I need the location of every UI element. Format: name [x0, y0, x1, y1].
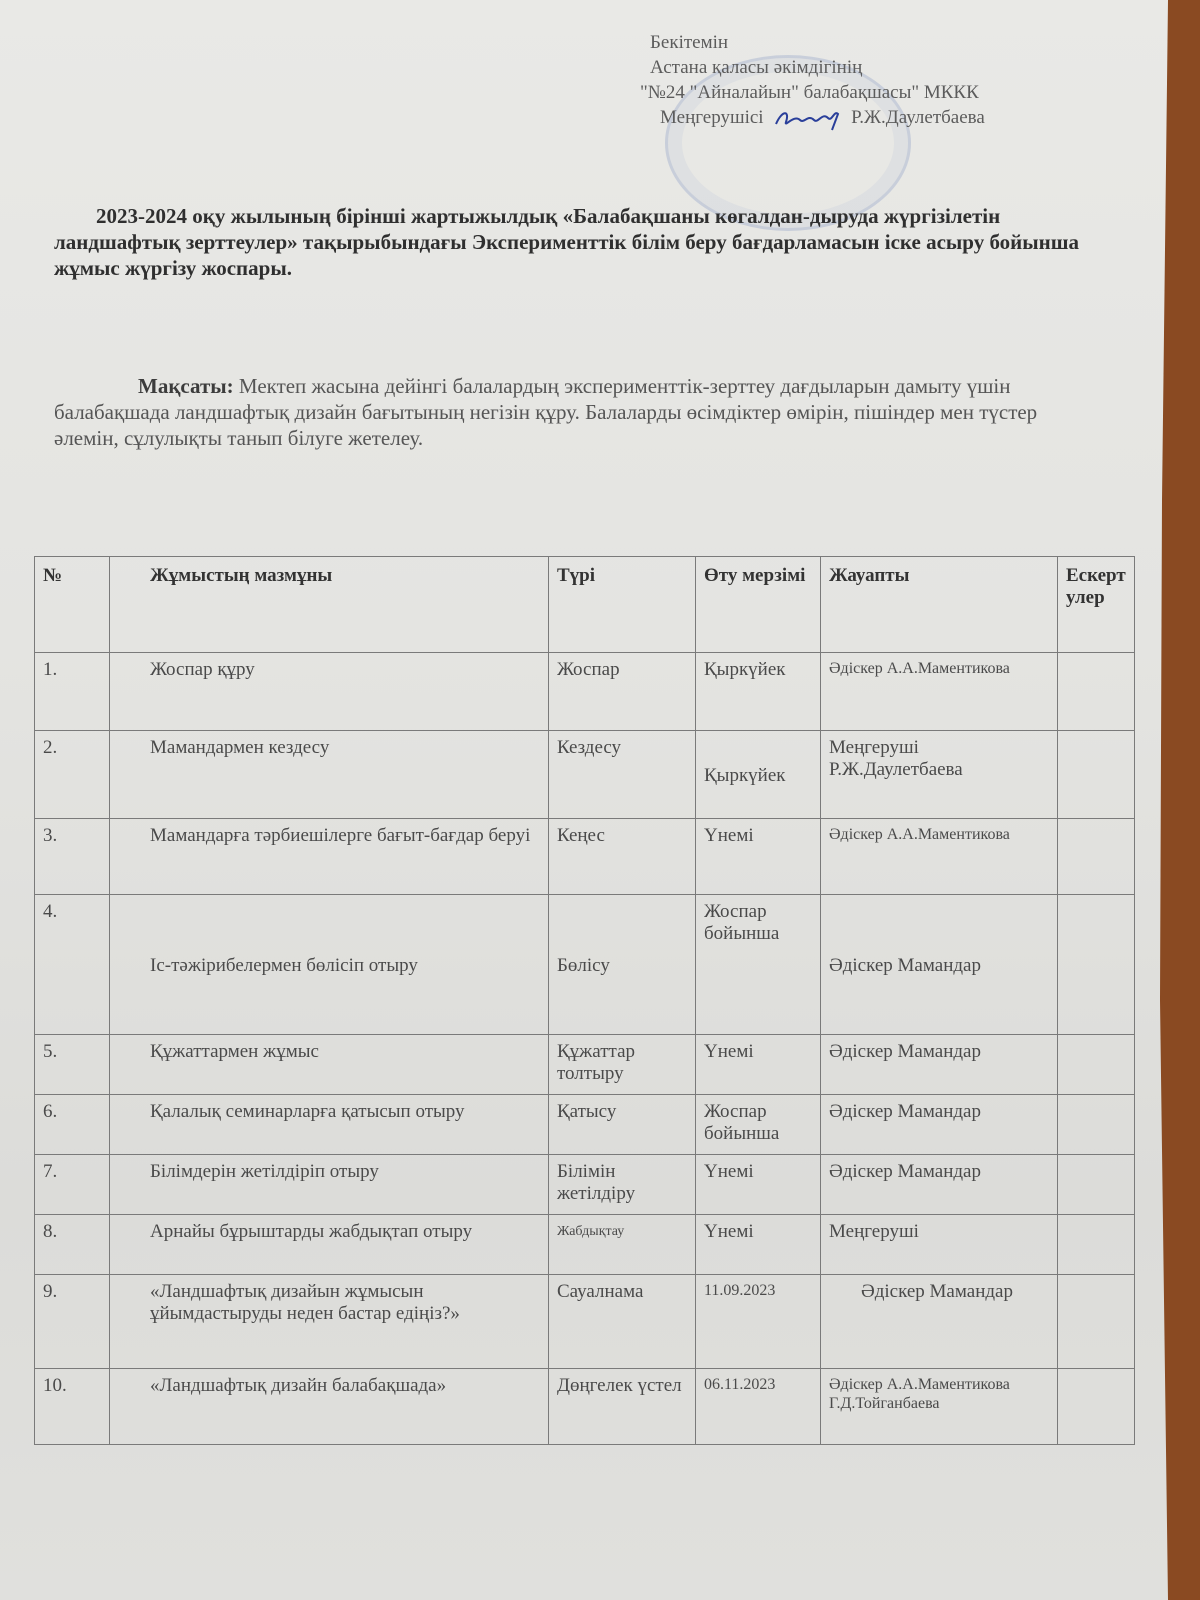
- row-note: [1058, 895, 1135, 1035]
- table-row: 7. Білімдерін жетілдіріп отыру Білімін ж…: [35, 1155, 1135, 1215]
- row-term: Жоспар бойынша: [696, 1095, 821, 1155]
- row-responsible: Әдіскер Мамандар: [821, 1275, 1058, 1369]
- row-term: Үнемі: [696, 1035, 821, 1095]
- row-number: 6.: [35, 1095, 110, 1155]
- approval-position: Меңгерушісі: [660, 107, 764, 128]
- row-number: 3.: [35, 819, 110, 895]
- row-type: Сауалнама: [549, 1275, 696, 1369]
- row-term: Қыркүйек: [696, 731, 821, 819]
- approval-line-3: "№24 "Айналайын" балабақшасы" МККК: [640, 80, 985, 105]
- row-term: Үнемі: [696, 1155, 821, 1215]
- table-row: 1. Жоспар құру Жоспар Қыркүйек Әдіскер А…: [35, 653, 1135, 731]
- row-term: Қыркүйек: [696, 653, 821, 731]
- row-content: Білімдерін жетілдіріп отыру: [110, 1155, 549, 1215]
- header-type: Түрі: [549, 557, 696, 653]
- row-number: 9.: [35, 1275, 110, 1369]
- document-title-text: 2023-2024 оқу жылының бірінші жартыжылды…: [54, 204, 1079, 280]
- row-content: «Ландшафтық дизайн балабақшада»: [110, 1369, 549, 1445]
- row-content: Қалалық семинарларға қатысып отыру: [110, 1095, 549, 1155]
- header-term: Өту мерзімі: [696, 557, 821, 653]
- goal-label: Мақсаты:: [138, 374, 234, 398]
- row-term: 06.11.2023: [696, 1369, 821, 1445]
- header-responsible: Жауапты: [821, 557, 1058, 653]
- row-responsible: Әдіскер Мамандар: [821, 1035, 1058, 1095]
- row-type: Дөңгелек үстел: [549, 1369, 696, 1445]
- row-responsible: Әдіскер Мамандар: [821, 1155, 1058, 1215]
- work-plan-table: № Жұмыстың мазмұны Түрі Өту мерзімі Жауа…: [34, 556, 1135, 1445]
- row-responsible: Әдіскер Мамандар: [821, 1095, 1058, 1155]
- table-row: 9. «Ландшафтық дизайын жұмысын ұйымдасты…: [35, 1275, 1135, 1369]
- header-notes: Ескертулер: [1058, 557, 1135, 653]
- row-note: [1058, 1275, 1135, 1369]
- row-note: [1058, 1035, 1135, 1095]
- row-term: Жоспар бойынша: [696, 895, 821, 1035]
- row-type: Жоспар: [549, 653, 696, 731]
- row-number: 10.: [35, 1369, 110, 1445]
- table-row: 8. Арнайы бұрыштарды жабдықтап отыру Жаб…: [35, 1215, 1135, 1275]
- row-responsible: Әдіскер А.А.Маментикова Г.Д.Тойганбаева: [821, 1369, 1058, 1445]
- row-content: Жоспар құру: [110, 653, 549, 731]
- header-content: Жұмыстың мазмұны: [110, 557, 549, 653]
- table-row: 6. Қалалық семинарларға қатысып отыру Қа…: [35, 1095, 1135, 1155]
- goal-paragraph: Мақсаты: Мектеп жасына дейінгі балаларды…: [54, 373, 1054, 451]
- row-type: Құжаттар толтыру: [549, 1035, 696, 1095]
- table-row: 10. «Ландшафтық дизайн балабақшада» Дөңг…: [35, 1369, 1135, 1445]
- row-note: [1058, 819, 1135, 895]
- approval-line-2: Астана қаласы әкімдігінің: [650, 55, 985, 80]
- row-responsible: Меңгеруші Р.Ж.Даулетбаева: [821, 731, 1058, 819]
- row-type: Бөлісу: [549, 895, 696, 1035]
- row-responsible: Меңгеруші: [821, 1215, 1058, 1275]
- row-content: Мамандармен кездесу: [110, 731, 549, 819]
- row-content: Құжаттармен жұмыс: [110, 1035, 549, 1095]
- row-number: 5.: [35, 1035, 110, 1095]
- table-row: 2. Мамандармен кездесу Кездесу Қыркүйек …: [35, 731, 1135, 819]
- row-number: 4.: [35, 895, 110, 1035]
- row-note: [1058, 1155, 1135, 1215]
- row-type: Білімін жетілдіру: [549, 1155, 696, 1215]
- row-term: Үнемі: [696, 1215, 821, 1275]
- row-number: 7.: [35, 1155, 110, 1215]
- row-content: Арнайы бұрыштарды жабдықтап отыру: [110, 1215, 549, 1275]
- approval-signer-name: Р.Ж.Даулетбаева: [851, 107, 985, 128]
- approval-block: Бекітемін Астана қаласы әкімдігінің "№24…: [650, 30, 985, 132]
- row-note: [1058, 653, 1135, 731]
- row-responsible: Әдіскер А.А.Маментикова: [821, 819, 1058, 895]
- row-note: [1058, 731, 1135, 819]
- row-note: [1058, 1369, 1135, 1445]
- table-header-row: № Жұмыстың мазмұны Түрі Өту мерзімі Жауа…: [35, 557, 1135, 653]
- row-term: Үнемі: [696, 819, 821, 895]
- row-content: «Ландшафтық дизайын жұмысын ұйымдастыруд…: [110, 1275, 549, 1369]
- row-type: Кездесу: [549, 731, 696, 819]
- table-row: 4. Іс-тәжірибелермен бөлісіп отыру Бөліс…: [35, 895, 1135, 1035]
- row-number: 8.: [35, 1215, 110, 1275]
- row-responsible: Әдіскер А.А.Маментикова: [821, 653, 1058, 731]
- row-type: Жабдықтау: [549, 1215, 696, 1275]
- row-type: Кеңес: [549, 819, 696, 895]
- approval-line-1: Бекітемін: [650, 30, 985, 55]
- approval-line-4: Меңгерушісі Р.Ж.Даулетбаева: [660, 105, 985, 132]
- table-row: 3. Мамандарға тәрбиешілерге бағыт-бағдар…: [35, 819, 1135, 895]
- row-responsible: Әдіскер Мамандар: [821, 895, 1058, 1035]
- signature-icon: [772, 106, 842, 132]
- row-content: Іс-тәжірибелермен бөлісіп отыру: [110, 895, 549, 1035]
- row-number: 1.: [35, 653, 110, 731]
- header-number: №: [35, 557, 110, 653]
- row-type: Қатысу: [549, 1095, 696, 1155]
- row-number: 2.: [35, 731, 110, 819]
- row-note: [1058, 1095, 1135, 1155]
- table-row: 5. Құжаттармен жұмыс Құжаттар толтыру Үн…: [35, 1035, 1135, 1095]
- row-note: [1058, 1215, 1135, 1275]
- document-title: 2023-2024 оқу жылының бірінші жартыжылды…: [54, 203, 1094, 281]
- row-content: Мамандарға тәрбиешілерге бағыт-бағдар бе…: [110, 819, 549, 895]
- row-term: 11.09.2023: [696, 1275, 821, 1369]
